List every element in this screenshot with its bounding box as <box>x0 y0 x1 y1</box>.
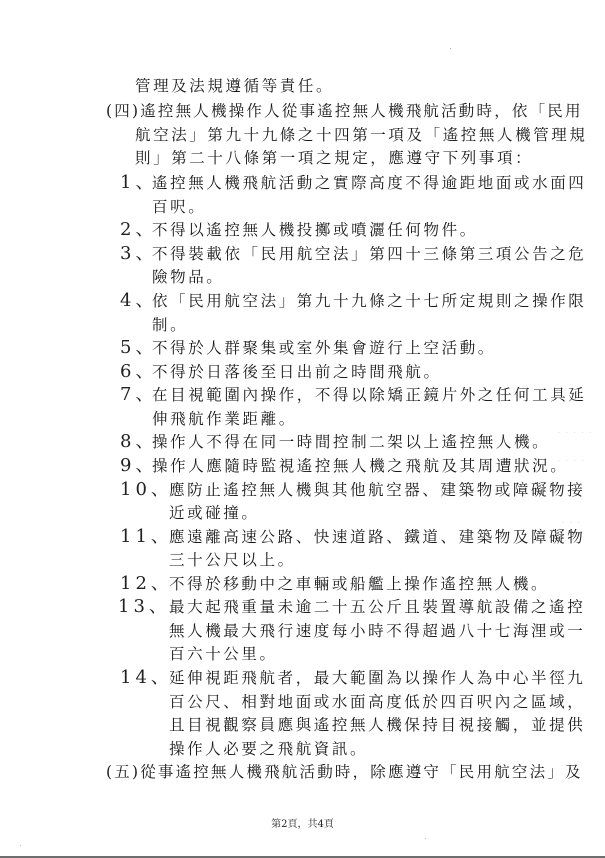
item-number: 10、 <box>120 480 173 500</box>
item-number: 11、 <box>120 527 173 547</box>
item-text: 不得裝載依「民用航空法」第四十三條第三項公告之危 <box>152 244 586 264</box>
item-text: 應遠離高速公路、快速道路、鐵道、建築物及障礙物 <box>169 527 585 547</box>
item-text: 操作人不得在同一時間控制二架以上遙控無人機。 <box>152 432 550 452</box>
item-number: 14、 <box>120 668 173 688</box>
item-text: 近或碰撞。 <box>169 503 260 523</box>
item-text: 不得於移動中之車輛或船艦上操作遙控無人機。 <box>169 574 549 594</box>
text-line: 管理及法規遵循等責任。 <box>135 76 334 96</box>
item-number: 13、 <box>118 597 171 617</box>
scan-artifact <box>20 845 21 846</box>
item-text: 伸飛航作業距離。 <box>152 409 297 429</box>
item-text: 延伸視距飛航者，最大範圍為以操作人為中心半徑九 <box>169 668 585 688</box>
page-indicator: 第2頁，共4頁 <box>0 815 605 830</box>
item-text: 操作人應隨時監視遙控無人機之飛航及其周遭狀況。 <box>152 456 568 476</box>
item-number: 12、 <box>120 574 173 594</box>
item-text: 險物品。 <box>152 267 224 287</box>
scan-artifact: · · · <box>562 520 582 528</box>
item-text: 遙控無人機飛航活動之實際高度不得逾距地面或水面四 <box>152 173 586 193</box>
item-text: 不得於人群聚集或室外集會遊行上空活動。 <box>152 338 496 358</box>
item-text: 百呎。 <box>152 197 206 217</box>
item-text: 且目視觀察員應與遙控無人機保持目視接觸，並提供 <box>169 715 585 735</box>
item-text: 不得於日落後至日出前之時間飛航。 <box>152 362 442 382</box>
item-text: 百六十公里。 <box>169 644 278 664</box>
scan-artifact: · · · <box>565 483 585 491</box>
item-text: 不得以遙控無人機投擲或噴灑任何物件。 <box>152 220 478 240</box>
scan-artifact: · · · · · <box>558 430 593 438</box>
scan-artifact: · · · · <box>558 458 585 466</box>
item-text: 依「民用航空法」第九十九條之十七所定規則之操作限 <box>152 291 586 311</box>
item-text: 三十公尺以上。 <box>169 550 296 570</box>
item-text: 無人機最大飛行速度每小時不得超過八十七海浬或一 <box>169 621 585 641</box>
item-text: 應防止遙控無人機與其他航空器、建築物或障礙物接 <box>169 480 585 500</box>
item-text: 最大起飛重量未逾二十五公斤且裝置導航設備之遙控 <box>169 597 585 617</box>
item-text: 操作人必要之飛航資訊。 <box>169 739 368 759</box>
item-text: 在目視範圍內操作，不得以除矯正鏡片外之任何工具延 <box>152 385 586 405</box>
scan-artifact <box>450 48 451 49</box>
text-line: 航空法」第九十九條之十四第一項及「遙控無人機管理規 <box>135 125 588 145</box>
item-text: 制。 <box>152 315 188 335</box>
scan-artifact <box>425 838 426 839</box>
item-text: 百公尺、相對地面或水面高度低於四百呎內之區域， <box>169 692 585 712</box>
text-line: 則」第二十八條第一項之規定，應遵守下列事項： <box>135 148 533 168</box>
document-page: 管理及法規遵循等責任。 (四)遙控無人機操作人從事遙控無人機飛航活動時，依「民用… <box>0 0 605 856</box>
section-heading-five: (五)從事遙控無人機飛航活動時，除應遵守「民用航空法」及 <box>106 762 583 782</box>
section-heading-four: (四)遙控無人機操作人從事遙控無人機飛航活動時，依「民用 <box>106 101 583 121</box>
